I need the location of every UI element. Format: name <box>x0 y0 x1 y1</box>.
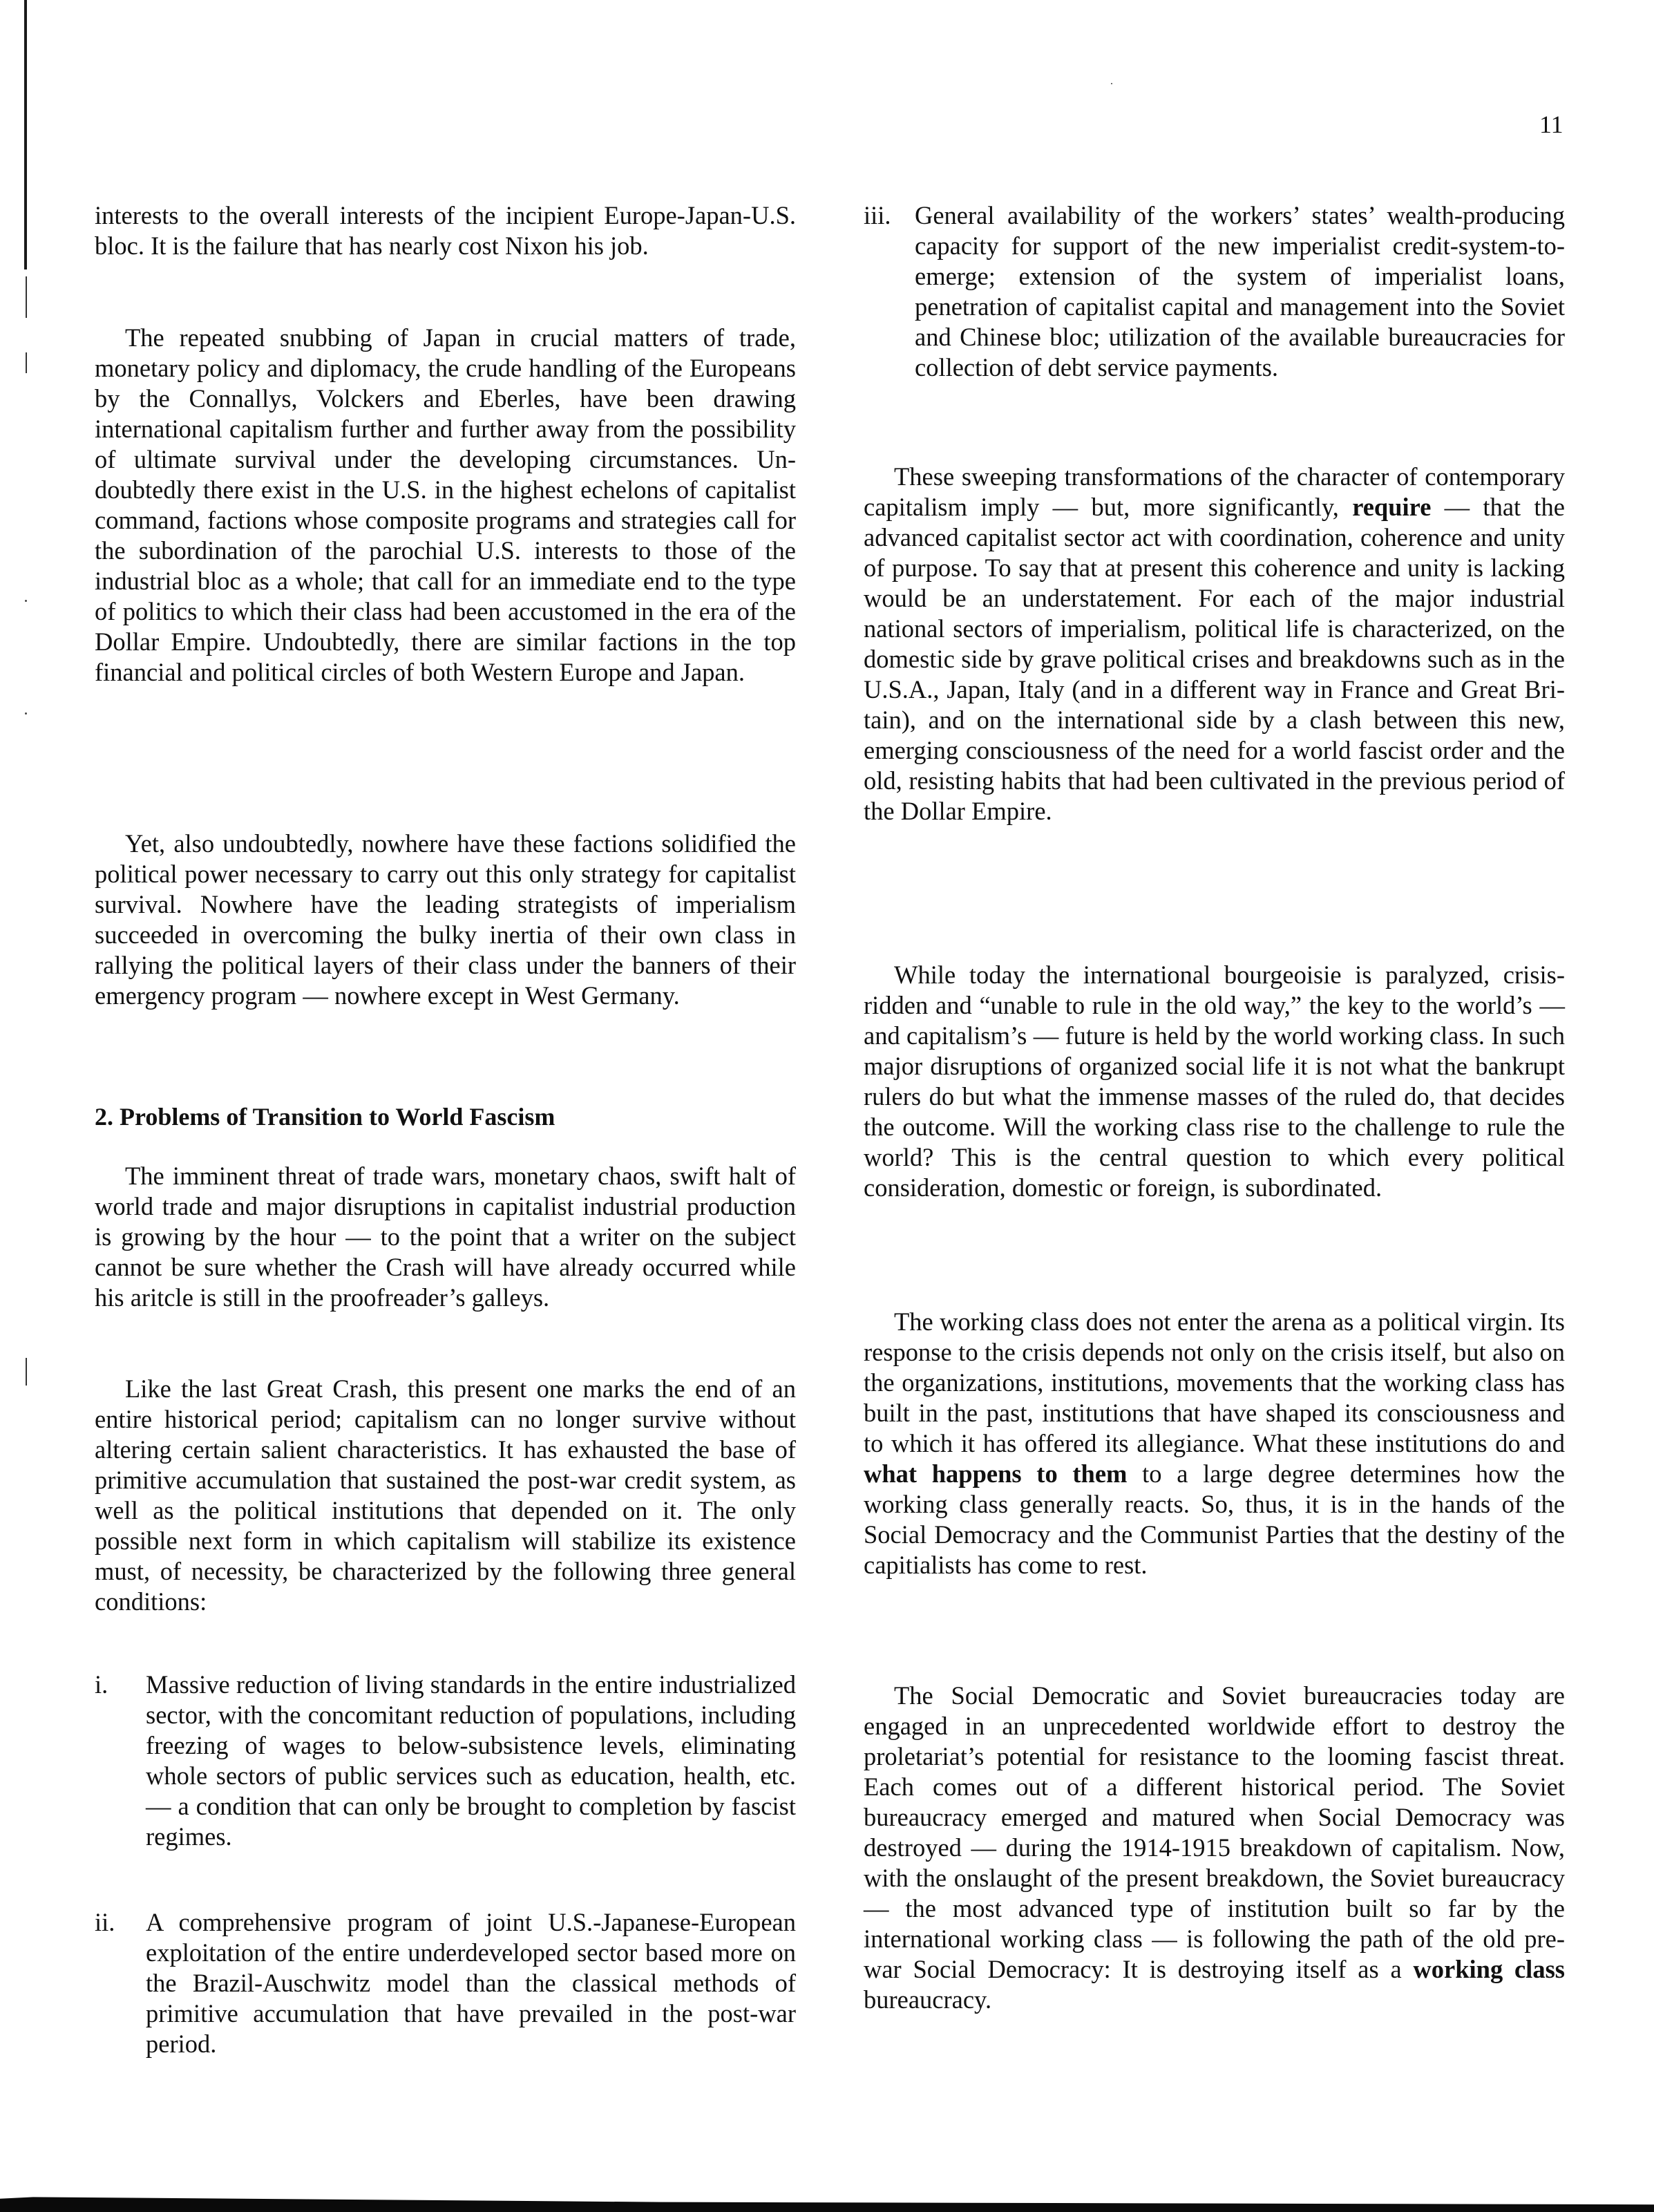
text-run: The Social Democratic and Soviet bureauc… <box>864 1681 1565 1983</box>
list-item-i: i. Massive reduction of living standards… <box>95 1670 796 1852</box>
list-text: A comprehensive program of joint U.S.-Ja… <box>146 1907 796 2059</box>
text-run: — that the advanced capitalist sector ac… <box>864 493 1565 825</box>
scanned-page: 11 interests to the overall interests of… <box>0 0 1654 2212</box>
list-marker: ii. <box>95 1907 143 1938</box>
paragraph: Like the last Great Crash, this present … <box>95 1374 796 1617</box>
list-item-ii: ii. A comprehensive program of joint U.S… <box>95 1907 796 2059</box>
text-run: bureaucracy. <box>864 1985 991 2014</box>
paragraph: These sweeping transformations of the ch… <box>864 462 1565 826</box>
scan-speck <box>25 712 27 715</box>
emphasis-bold: require <box>1352 493 1431 521</box>
scan-bottom-bar <box>0 2195 1654 2212</box>
paragraph: Yet, also undoubtedly, nowhere have thes… <box>95 829 796 1011</box>
list-text: Massive reduction of living standards in… <box>146 1670 796 1852</box>
paragraph: interests to the overall interests of th… <box>95 200 796 261</box>
page-number: 11 <box>1539 111 1563 138</box>
paragraph: The imminent threat of trade wars, monet… <box>95 1161 796 1313</box>
paragraph: The repeated snubbing of Japan in crucia… <box>95 323 796 688</box>
list-text: General availability of the workers’ sta… <box>915 200 1565 383</box>
list-item-iii: iii. General availability of the workers… <box>864 200 1565 383</box>
scan-edge-dash <box>26 352 27 373</box>
list-marker: i. <box>95 1670 143 1700</box>
scan-edge-line <box>24 0 27 270</box>
scan-speck <box>1111 83 1112 84</box>
emphasis-bold: what happens to them <box>864 1459 1127 1488</box>
scan-speck <box>25 600 27 602</box>
scan-edge-dash <box>26 276 27 318</box>
list-marker: iii. <box>864 200 912 231</box>
scan-edge-dash <box>26 1358 27 1386</box>
emphasis-bold: working class <box>1413 1955 1565 1983</box>
paragraph: While today the international bourgeoisi… <box>864 960 1565 1203</box>
section-heading: 2. Problems of Transition to World Fasci… <box>95 1102 555 1132</box>
paragraph: The Social Democratic and Soviet bureauc… <box>864 1681 1565 2015</box>
text-run: The working class does not enter the are… <box>864 1307 1565 1457</box>
paragraph: The working class does not enter the are… <box>864 1307 1565 1580</box>
